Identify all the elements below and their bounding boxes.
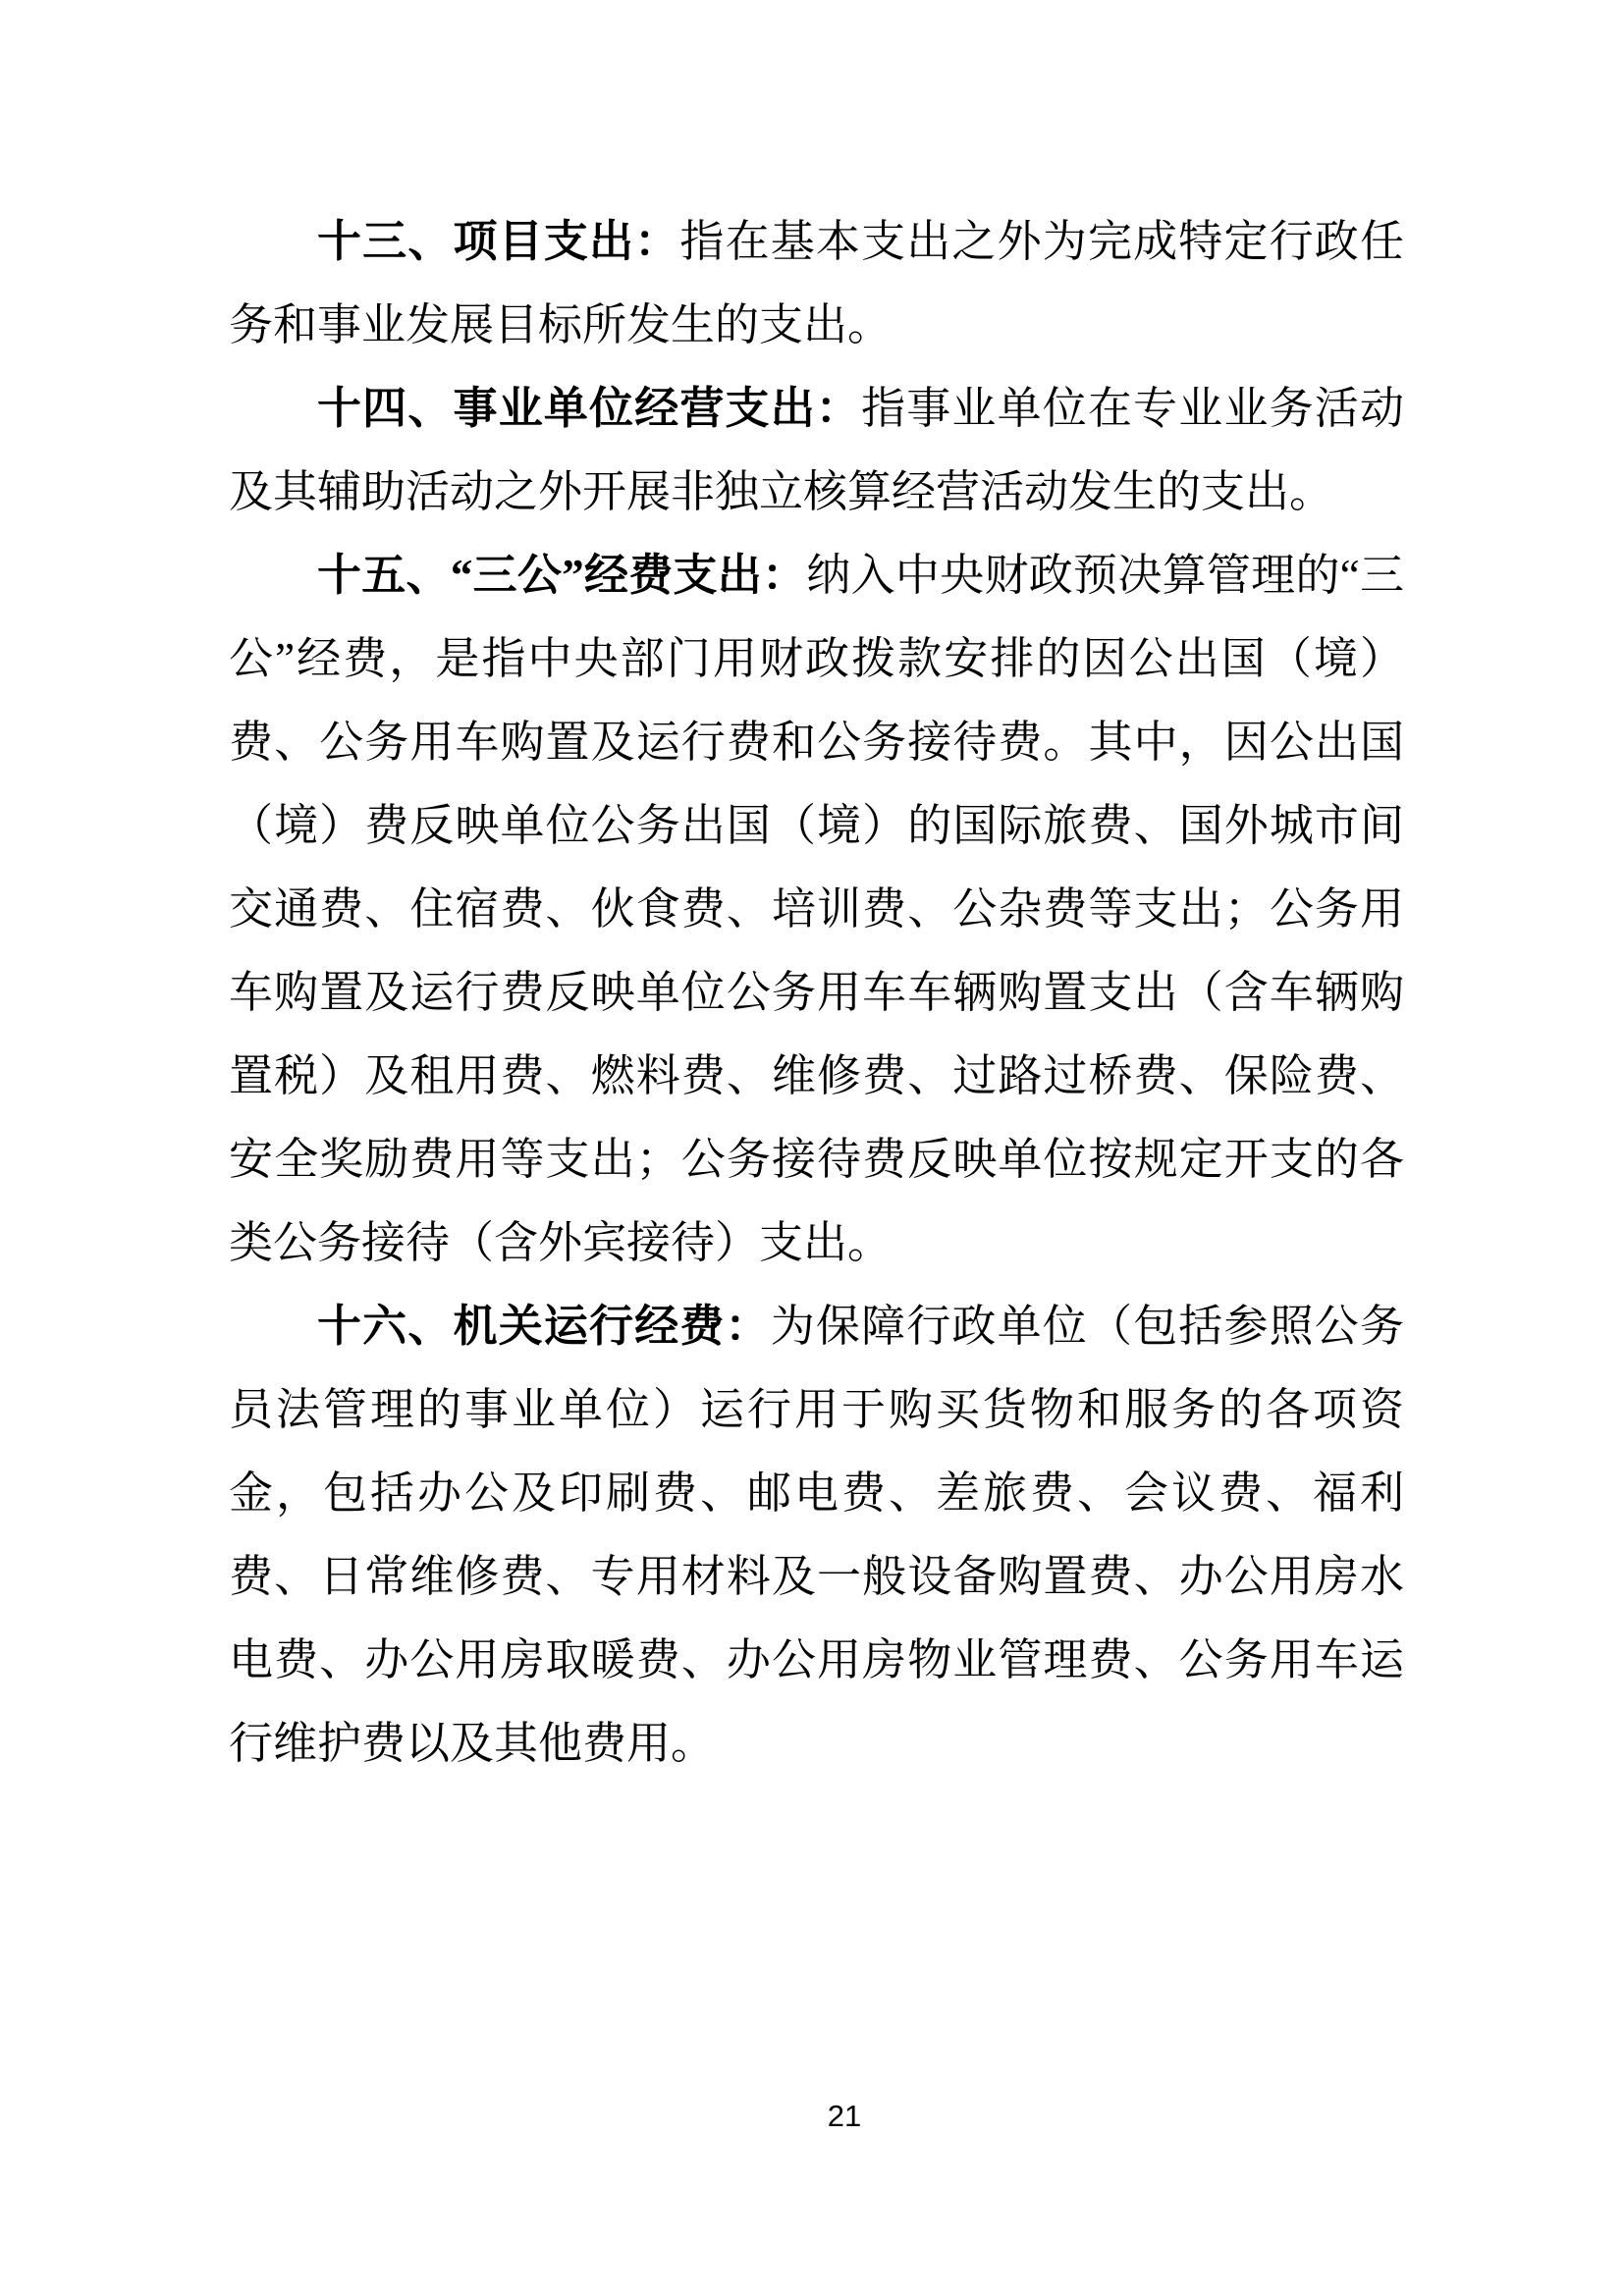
paragraph-16: 十六、机关运行经费：为保障行政单位（包括参照公务员法管理的事业单位）运行用于购买… <box>229 1285 1404 1786</box>
paragraph-14-heading: 十四、事业单位经营支出： <box>317 384 861 433</box>
page-number: 21 <box>0 2101 1624 2131</box>
paragraph-15: 十五、“三公”经费支出：纳入中央财政预决算管理的“三公”经费，是指中央部门用财政… <box>229 534 1404 1285</box>
paragraph-15-text: 纳入中央财政预决算管理的“三公”经费，是指中央部门用财政拨款安排的因公出国（境）… <box>229 551 1404 1267</box>
paragraph-16-text: 为保障行政单位（包括参照公务员法管理的事业单位）运行用于购买货物和服务的各项资金… <box>229 1302 1404 1768</box>
paragraph-14: 十四、事业单位经营支出：指事业单位在专业业务活动及其辅助活动之外开展非独立核算经… <box>229 367 1404 534</box>
paragraph-13-heading: 十三、项目支出： <box>317 217 679 266</box>
paragraph-15-heading: 十五、“三公”经费支出： <box>317 551 806 600</box>
document-page: 十三、项目支出：指在基本支出之外为完成特定行政任务和事业发展目标所发生的支出。 … <box>0 0 1624 2296</box>
document-body: 十三、项目支出：指在基本支出之外为完成特定行政任务和事业发展目标所发生的支出。 … <box>229 200 1404 1786</box>
paragraph-16-heading: 十六、机关运行经费： <box>317 1302 771 1351</box>
paragraph-13: 十三、项目支出：指在基本支出之外为完成特定行政任务和事业发展目标所发生的支出。 <box>229 200 1404 367</box>
